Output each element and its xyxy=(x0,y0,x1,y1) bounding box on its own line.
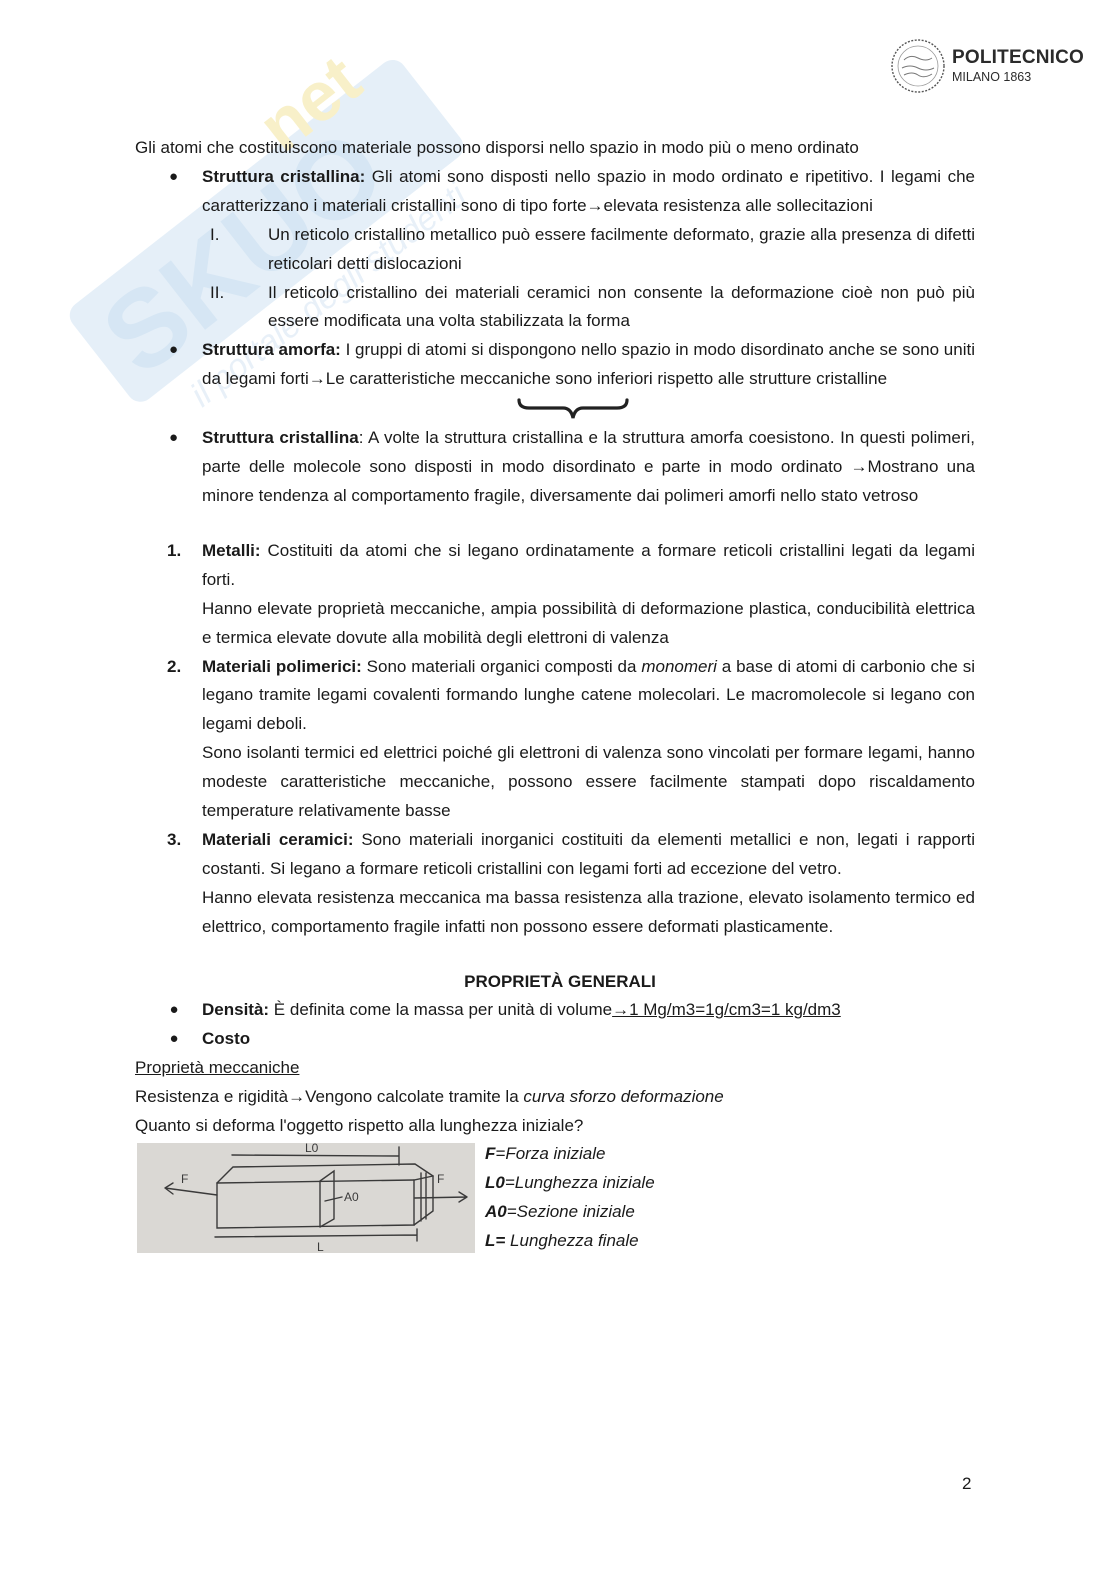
number-marker: 2. xyxy=(167,653,181,682)
legend-definition: Lunghezza finale xyxy=(505,1231,638,1250)
sketch-label-l: L xyxy=(317,1240,324,1253)
legend-definition: =Lunghezza iniziale xyxy=(505,1173,655,1192)
logo-name: POLITECNICO xyxy=(952,48,1084,67)
bullet-marker: ● xyxy=(169,1025,179,1054)
definition: Costituiti da atomi che si legano ordina… xyxy=(202,541,975,589)
legend-symbol: L= xyxy=(485,1231,505,1250)
bullet-marker: ● xyxy=(169,424,179,453)
bullet-struttura-semicristallina: ● Struttura cristallina: A volte la stru… xyxy=(135,424,975,511)
bullet-struttura-cristallina: ● Struttura cristallina: Gli atomi sono … xyxy=(135,163,975,221)
legend-item: L= Lunghezza finale xyxy=(485,1226,655,1255)
figure-row: L0 F F A0 L F=Forza iniziale L0=Lunghezz… xyxy=(135,1143,975,1259)
material-ceramici: 3. Materiali ceramici: Sono materiali in… xyxy=(135,826,975,884)
term: Materiali polimerici: xyxy=(202,657,362,676)
legend-item: L0=Lunghezza iniziale xyxy=(485,1168,655,1197)
sketch-label-a0: A0 xyxy=(344,1190,359,1204)
mechanical-line-1: Resistenza e rigidità→Vengono calcolate … xyxy=(135,1083,975,1112)
section-title: PROPRIETÀ GENERALI xyxy=(135,968,975,997)
politecnico-logo: POLITECNICO MILANO 1863 xyxy=(890,36,1090,96)
material-metalli: 1. Metalli: Costituiti da atomi che si l… xyxy=(135,537,975,595)
tensile-specimen-sketch: L0 F F A0 L xyxy=(137,1143,475,1253)
subitem-text: Il reticolo cristallino dei materiali ce… xyxy=(268,283,975,331)
term: Struttura cristallina xyxy=(202,428,359,447)
bullet-marker: ● xyxy=(169,336,179,365)
legend-item: A0=Sezione iniziale xyxy=(485,1197,655,1226)
document-page: SKUO net il portale degli studenti POLIT… xyxy=(0,0,1118,1579)
material-ceramici-extra: Hanno elevata resistenza meccanica ma ba… xyxy=(135,884,975,942)
material-polimerici: 2. Materiali polimerici: Sono materiali … xyxy=(135,653,975,740)
roman-marker: I. xyxy=(210,221,240,250)
definition-part1: Sono materiali organici composti da xyxy=(362,657,642,676)
sketch-label-l0: L0 xyxy=(305,1143,319,1155)
term: Struttura amorfa: xyxy=(202,340,341,359)
bullet-densita: ● Densità: È definita come la massa per … xyxy=(135,996,975,1025)
material-metalli-extra: Hanno elevate proprietà meccaniche, ampi… xyxy=(135,595,975,653)
brace-row xyxy=(135,394,975,424)
number-marker: 1. xyxy=(167,537,181,566)
term: Metalli: xyxy=(202,541,261,560)
sketch-label-f-left: F xyxy=(181,1172,188,1186)
curly-brace-icon xyxy=(515,394,631,424)
line-text: Resistenza e rigidità→Vengono calcolate … xyxy=(135,1087,523,1106)
legend-symbol: L0 xyxy=(485,1173,505,1192)
subitem-text: Un reticolo cristallino metallico può es… xyxy=(268,225,975,273)
subitem-roman-2: II. Il reticolo cristallino dei material… xyxy=(135,279,975,337)
line-italic: curva sforzo deformazione xyxy=(523,1087,723,1106)
legend-definition: =Forza iniziale xyxy=(495,1144,605,1163)
subitem-roman-1: I. Un reticolo cristallino metallico può… xyxy=(135,221,975,279)
bullet-marker: ● xyxy=(169,163,179,192)
mechanical-line-2: Quanto si deforma l'oggetto rispetto all… xyxy=(135,1112,975,1141)
symbol-legend: F=Forza iniziale L0=Lunghezza iniziale A… xyxy=(485,1139,655,1255)
legend-definition: =Sezione iniziale xyxy=(507,1202,635,1221)
page-number: 2 xyxy=(962,1474,971,1494)
bullet-costo: ● Costo xyxy=(135,1025,975,1054)
material-polimerici-extra: Sono isolanti termici ed elettrici poich… xyxy=(135,739,975,826)
term: Struttura cristallina: xyxy=(202,167,365,186)
document-body: Gli atomi che costituiscono materiale po… xyxy=(135,134,975,1259)
sketch-label-f-right: F xyxy=(437,1172,444,1186)
intro-paragraph: Gli atomi che costituiscono materiale po… xyxy=(135,134,975,163)
number-marker: 3. xyxy=(167,826,181,855)
density-units: →1 Mg/m3=1g/cm3=1 kg/dm3 xyxy=(612,1000,841,1019)
logo-city: MILANO 1863 xyxy=(952,71,1084,84)
politecnico-seal-icon xyxy=(890,38,946,94)
definition: È definita come la massa per unità di vo… xyxy=(269,1000,612,1019)
roman-marker: II. xyxy=(210,279,240,308)
legend-item: F=Forza iniziale xyxy=(485,1139,655,1168)
subsection-heading: Proprietà meccaniche xyxy=(135,1054,975,1083)
legend-symbol: F xyxy=(485,1144,495,1163)
definition-italic: monomeri xyxy=(641,657,717,676)
bullet-struttura-amorfa: ● Struttura amorfa: I gruppi di atomi si… xyxy=(135,336,975,394)
term: Costo xyxy=(202,1029,250,1048)
legend-symbol: A0 xyxy=(485,1202,507,1221)
bullet-marker: ● xyxy=(169,996,179,1025)
term: Materiali ceramici: xyxy=(202,830,353,849)
term: Densità: xyxy=(202,1000,269,1019)
